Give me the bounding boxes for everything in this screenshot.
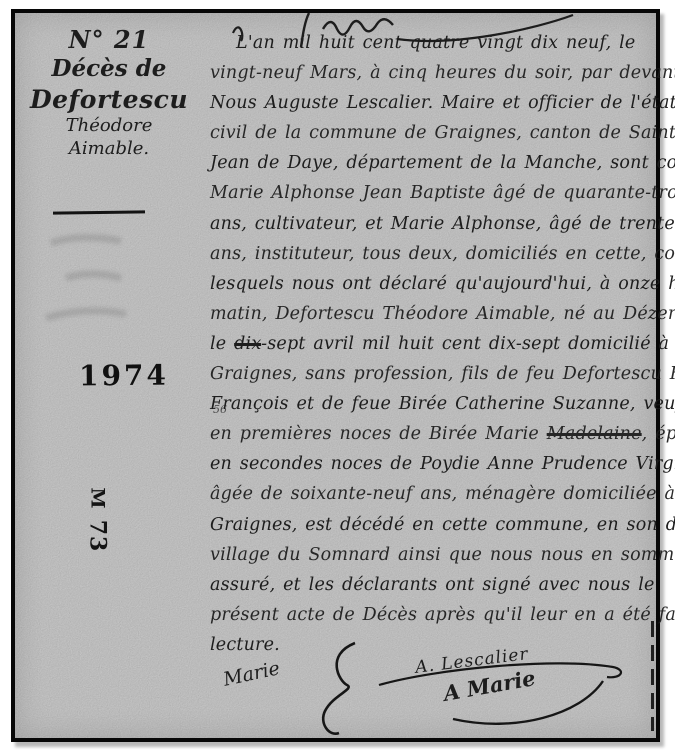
page-fold-mark xyxy=(651,621,654,731)
record-line: vingt-neuf Mars, à cinq heures du soir, … xyxy=(210,58,665,88)
margin-divider-rule xyxy=(53,210,145,214)
record-line: le dix-sept avril mil huit cent dix-sept… xyxy=(210,329,665,359)
record-line: âgée de soixante-neuf ans, ménagère domi… xyxy=(210,479,665,509)
record-line: présent acte de Décès après qu'il leur e… xyxy=(210,600,665,630)
record-line: Graignes, sans profession, fils de feu D… xyxy=(210,359,665,389)
record-line: Nous Auguste Lescalier. Maire et officie… xyxy=(210,88,665,118)
margin-title-deces: Décès de xyxy=(23,55,195,84)
struck-word: dix xyxy=(234,334,261,354)
record-line: L'an mil huit cent quatre vingt dix neuf… xyxy=(210,28,665,58)
record-line: civil de la commune de Graignes, canton … xyxy=(210,118,665,148)
record-line: François et de feue Birée Catherine Suza… xyxy=(210,389,665,419)
record-line: en premières noces de Birée Marie Madela… xyxy=(210,419,665,449)
record-line: lesquels nous ont déclaré qu'aujourd'hui… xyxy=(210,269,665,299)
scanned-register-page: N° 21 Décès de Defortescu Théodore Aimab… xyxy=(11,9,660,742)
side-stamp-number: 73 xyxy=(84,520,110,553)
act-body-text: L'an mil huit cent quatre vingt dix neuf… xyxy=(210,28,665,660)
record-line: en secondes noces de Poydie Anne Prudenc… xyxy=(210,449,665,479)
record-line: assuré, et les déclarants ont signé avec… xyxy=(210,570,665,600)
record-line: Jean de Daye, département de la Manche, … xyxy=(210,148,665,178)
record-line: ans, instituteur, tous deux, domiciliés … xyxy=(210,239,665,269)
record-line: Marie Alphonse Jean Baptiste âgé de quar… xyxy=(210,178,665,208)
marginal-correction-mark: 56 xyxy=(213,403,227,416)
entry-number: N° 21 xyxy=(23,25,195,55)
margin-title-firstnames: Théodore Aimable. xyxy=(23,115,195,160)
rotated-side-stamp: M 73 xyxy=(81,487,114,549)
struck-word: Madelaine xyxy=(547,424,642,444)
side-stamp-letter: M xyxy=(86,487,108,508)
signature-witness: Marie xyxy=(221,657,282,690)
margin-title-surname: Defortescu xyxy=(23,84,195,115)
record-line: Graignes, est décédé en cette commune, e… xyxy=(210,510,665,540)
record-line: ans, cultivateur, et Marie Alphonse, âgé… xyxy=(210,209,665,239)
record-line: matin, Defortescu Théodore Aimable, né a… xyxy=(210,299,665,329)
ink-bleedthrough xyxy=(31,218,191,368)
year-stamp: 1974 xyxy=(79,359,169,393)
record-line: village du Somnard ainsi que nous nous e… xyxy=(210,540,665,570)
margin-header: N° 21 Décès de Defortescu Théodore Aimab… xyxy=(23,25,195,160)
